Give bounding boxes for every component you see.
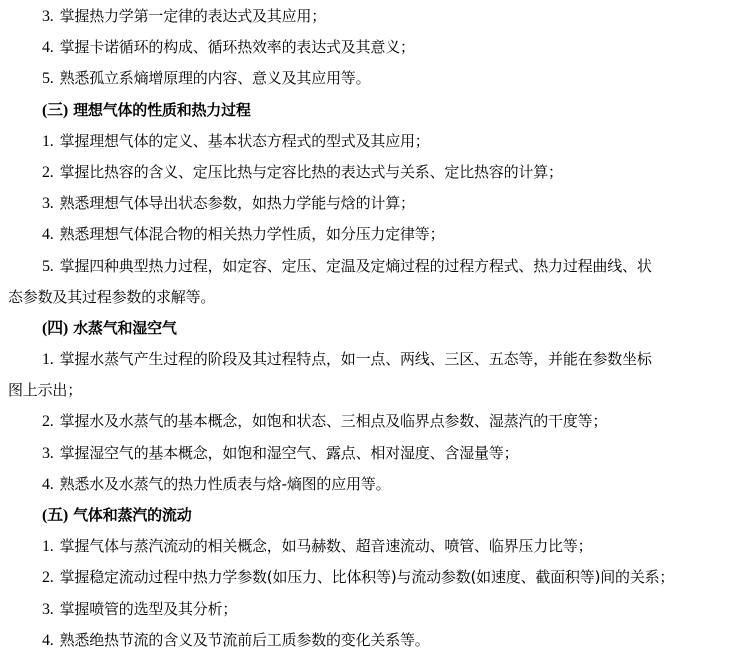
- section-number: (四): [42, 320, 68, 337]
- list-item-continuation: 图上示出；: [0, 375, 744, 406]
- list-item: 5.掌握四种典型热力过程，如定容、定压、定温及定熵过程的过程方程式、热力过程曲线…: [0, 251, 744, 282]
- item-text: 熟悉绝热节流的含义及节流前后工质参数的变化关系等。: [60, 631, 430, 649]
- item-number: 5.: [42, 258, 54, 275]
- list-item: 3.熟悉理想气体导出状态参数，如热力学能与焓的计算；: [0, 188, 744, 219]
- section-title: 水蒸气和湿空气: [73, 319, 177, 337]
- list-item: 3.掌握喷管的选型及其分析；: [0, 594, 744, 625]
- item-number: 2.: [42, 569, 54, 586]
- item-text: 掌握稳定流动过程中热力学参数(如压力、比体积等)与流动参数(如速度、截面积等)间…: [60, 568, 675, 586]
- item-text: 熟悉水及水蒸气的热力性质表与焓-熵图的应用等。: [60, 475, 391, 493]
- section-heading: (三) 理想气体的性质和热力过程: [0, 95, 744, 126]
- item-text: 掌握水及水蒸气的基本概念，如饱和状态、三相点及临界点参数、湿蒸汽的干度等；: [60, 412, 608, 430]
- item-text: 掌握气体与蒸汽流动的相关概念，如马赫数、超音速流动、喷管、临界压力比等；: [60, 537, 593, 555]
- item-number: 4.: [42, 476, 54, 493]
- list-item: 4.熟悉水及水蒸气的热力性质表与焓-熵图的应用等。: [0, 469, 744, 500]
- item-number: 4.: [42, 632, 54, 649]
- list-item: 4.熟悉绝热节流的含义及节流前后工质参数的变化关系等。: [0, 625, 744, 652]
- section-heading: (四) 水蒸气和湿空气: [0, 313, 744, 344]
- item-number: 3.: [42, 8, 54, 25]
- list-item: 3.掌握湿空气的基本概念，如饱和湿空气、露点、相对湿度、含湿量等；: [0, 438, 744, 469]
- item-number: 5.: [42, 70, 54, 87]
- list-item: 4.掌握卡诺循环的构成、循环热效率的表达式及其意义；: [0, 32, 744, 63]
- section-number: (三): [42, 102, 68, 119]
- item-number: 1.: [42, 538, 54, 555]
- section-heading: (五) 气体和蒸汽的流动: [0, 500, 744, 531]
- item-number: 1.: [42, 133, 54, 150]
- item-text: 掌握四种典型热力过程，如定容、定压、定温及定熵过程的过程方程式、热力过程曲线、状: [60, 257, 652, 275]
- list-item: 4.熟悉理想气体混合物的相关热力学性质，如分压力定律等；: [0, 219, 744, 250]
- item-text: 熟悉孤立系熵增原理的内容、意义及其应用等。: [60, 69, 371, 87]
- section-title: 理想气体的性质和热力过程: [73, 101, 251, 119]
- item-text: 掌握理想气体的定义、基本状态方程式的型式及其应用；: [60, 132, 430, 150]
- item-text: 掌握卡诺循环的构成、循环热效率的表达式及其意义；: [60, 38, 415, 56]
- list-item: 3.掌握热力学第一定律的表达式及其应用；: [0, 1, 744, 32]
- item-number: 2.: [42, 413, 54, 430]
- item-text: 掌握热力学第一定律的表达式及其应用；: [60, 7, 326, 25]
- section-number: (五): [42, 507, 68, 524]
- item-number: 4.: [42, 39, 54, 56]
- item-text: 掌握水蒸气产生过程的阶段及其过程特点，如一点、两线、三区、五态等，并能在参数坐标: [60, 350, 652, 368]
- list-item: 2.掌握水及水蒸气的基本概念，如饱和状态、三相点及临界点参数、湿蒸汽的干度等；: [0, 406, 744, 437]
- item-text: 掌握比热容的含义、定压比热与定容比热的表达式与关系、定比热容的计算；: [60, 163, 563, 181]
- list-item: 5.熟悉孤立系熵增原理的内容、意义及其应用等。: [0, 63, 744, 94]
- list-item: 2.掌握稳定流动过程中热力学参数(如压力、比体积等)与流动参数(如速度、截面积等…: [0, 562, 744, 593]
- item-text: 熟悉理想气体导出状态参数，如热力学能与焓的计算；: [60, 194, 415, 212]
- list-item: 2.掌握比热容的含义、定压比热与定容比热的表达式与关系、定比热容的计算；: [0, 157, 744, 188]
- item-number: 3.: [42, 601, 54, 618]
- item-number: 1.: [42, 351, 54, 368]
- item-text: 熟悉理想气体混合物的相关热力学性质，如分压力定律等；: [60, 225, 445, 243]
- item-number: 3.: [42, 195, 54, 212]
- list-item: 1.掌握理想气体的定义、基本状态方程式的型式及其应用；: [0, 126, 744, 157]
- list-item-continuation: 态参数及其过程参数的求解等。: [0, 282, 744, 313]
- document-body: 3.掌握热力学第一定律的表达式及其应用； 4.掌握卡诺循环的构成、循环热效率的表…: [0, 0, 744, 652]
- item-number: 3.: [42, 445, 54, 462]
- list-item: 1.掌握气体与蒸汽流动的相关概念，如马赫数、超音速流动、喷管、临界压力比等；: [0, 531, 744, 562]
- item-text: 掌握喷管的选型及其分析；: [60, 600, 238, 618]
- item-number: 2.: [42, 164, 54, 181]
- section-title: 气体和蒸汽的流动: [73, 506, 191, 524]
- item-text: 掌握湿空气的基本概念，如饱和湿空气、露点、相对湿度、含湿量等；: [60, 444, 519, 462]
- item-number: 4.: [42, 226, 54, 243]
- list-item: 1.掌握水蒸气产生过程的阶段及其过程特点，如一点、两线、三区、五态等，并能在参数…: [0, 344, 744, 375]
